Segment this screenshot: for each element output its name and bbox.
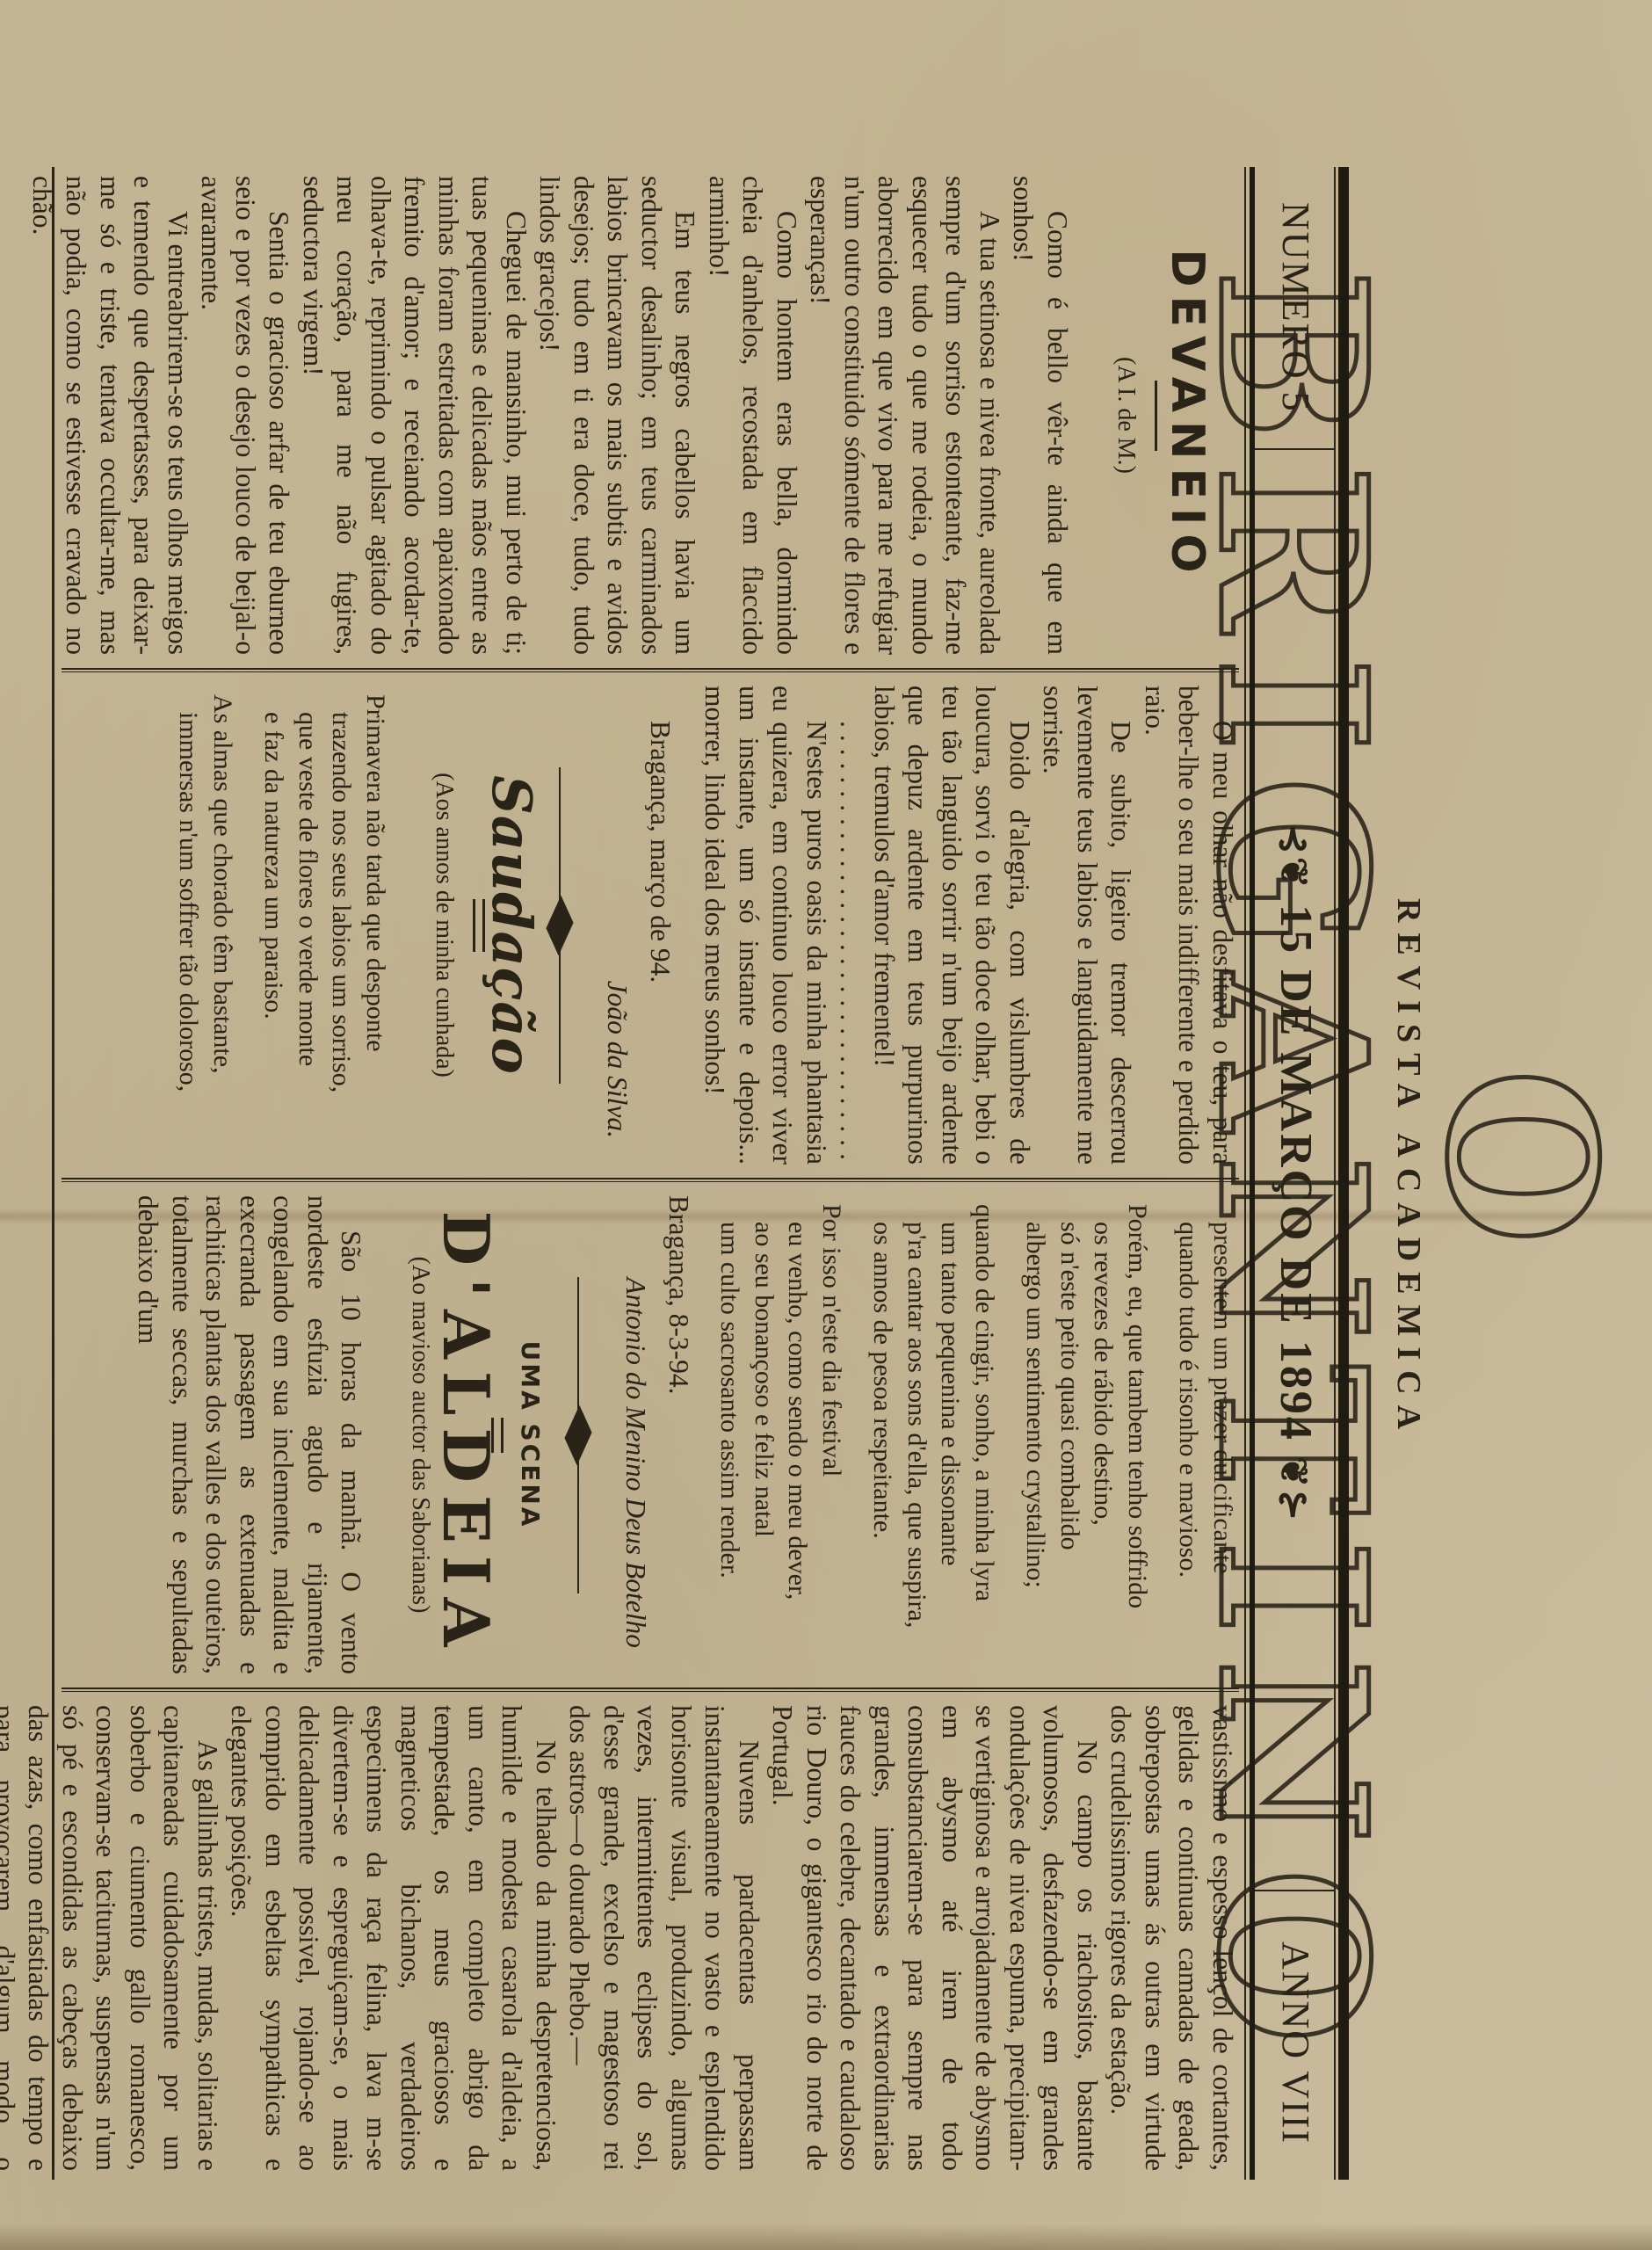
place-date: Bragança, 8-3-94. bbox=[662, 1195, 696, 1674]
paragraph: Vi entreabrirem-se os teus olhos meigos … bbox=[25, 176, 195, 655]
stanza: presentem um prazer dulcificante quando … bbox=[1171, 1195, 1239, 1674]
verse-line: os revezes de rábido destino, bbox=[1086, 1222, 1120, 1674]
paper-edge-stain bbox=[0, 2224, 1652, 2250]
dedication: (A I. de M.) bbox=[1109, 176, 1143, 655]
issue-date-text: 15 DE MARÇO DE 1894 bbox=[1271, 904, 1321, 1442]
paragraph: N'estes puros oasis da minha phantasia e… bbox=[698, 686, 833, 1165]
verse-line: p'ra cantar aos sons d'ella, que suspira… bbox=[900, 1222, 934, 1674]
verse-line: quando tudo é risonho e mavioso. bbox=[1171, 1222, 1206, 1674]
verse-line: e faz da natureza um paraiso. bbox=[257, 712, 291, 1165]
verse-line: Porém, eu, que tambem tenho soffrido bbox=[1120, 1204, 1155, 1674]
article-title-devaneio: DEVANEIO bbox=[1170, 176, 1205, 655]
paragraph: Sentia o gracioso arfar de teu eburneo s… bbox=[194, 176, 296, 655]
place-date: Bragança, março de 94. bbox=[643, 686, 677, 1165]
band-divider bbox=[1255, 1890, 1334, 1891]
verse-line: immersas n'um soffrer tão doloroso, bbox=[171, 712, 206, 1165]
verse-line: um tanto pequenina e dissonante bbox=[933, 1222, 967, 1674]
masthead: O BRIGANTINO REVISTA ACADEMICA bbox=[1344, 167, 1634, 2171]
bottom-rule bbox=[52, 167, 54, 2180]
paragraph: De subito, ligeiro tremor descerrou leve… bbox=[1036, 686, 1138, 1165]
verse-line: albergo um sentimento crystallino; bbox=[1018, 1222, 1053, 1674]
issue-date: ⊰❦ 15 DE MARÇO DE 1894 ❦⊱ bbox=[1270, 167, 1322, 2180]
stanza: As almas que chorado têm bastante, immer… bbox=[171, 686, 239, 1165]
stanza: Primavera não tarda que desponte trazend… bbox=[257, 686, 392, 1165]
column-divider bbox=[62, 1178, 1239, 1182]
verse-line: um culto sacrosanto assim render. bbox=[713, 1222, 747, 1674]
verse-line: Por isso n'este dia festival bbox=[815, 1204, 849, 1674]
article-columns: DEVANEIO (A I. de M.) Como é bello vêr-t… bbox=[62, 167, 1239, 2180]
paragraph: O meu olhar não desfitava o teu, para be… bbox=[1138, 686, 1240, 1165]
newspaper-page: O BRIGANTINO REVISTA ACADEMICA NUMERO 5 … bbox=[0, 0, 1652, 2250]
paragraph-continued: vastissimo e espesso lençol de cortantes… bbox=[1104, 1705, 1239, 2171]
paragraph: No campo os riachositos, bastante volumo… bbox=[765, 1705, 1104, 2171]
stanza: Porém, eu, que tambem tenho soffrido os … bbox=[1018, 1195, 1154, 1674]
verse-line: quando de cingir, sonho, a minha lyra bbox=[967, 1204, 1002, 1674]
paragraph: Como hontem eras bella, dormindo cheia d… bbox=[702, 176, 804, 655]
paragraph: Nuvens pardacentas perpassam instantanea… bbox=[562, 1705, 765, 2171]
verse-line: Primavera não tarda que desponte bbox=[359, 694, 393, 1165]
verse-line: ao seu bonançoso e feliz natal bbox=[747, 1222, 781, 1674]
verse-line: trazendo nos seus labios um sorriso, bbox=[324, 712, 359, 1165]
column-3: presentem um prazer dulcificante quando … bbox=[62, 1195, 1239, 1674]
year-volume: ANNO VIII bbox=[1273, 1942, 1318, 2145]
column-4: vastissimo e espesso lençol de cortantes… bbox=[62, 1705, 1239, 2171]
masthead-rule-thin bbox=[1334, 167, 1336, 2180]
paragraph: Cheguei de mansinho, mui perto de ti; tu… bbox=[296, 176, 533, 655]
paragraph: São 10 horas da manhã. O vento nordeste … bbox=[131, 1195, 368, 1674]
stanza: quando de cingir, sonho, a minha lyra um… bbox=[866, 1195, 1001, 1674]
verse-line: os annos de pesoa respeitante. bbox=[866, 1222, 900, 1674]
masthead-rule bbox=[1338, 167, 1349, 2180]
dedication: (Ao mavioso auctor das Saborianas) bbox=[403, 1195, 438, 1674]
title-rule bbox=[1156, 381, 1158, 451]
author-signature: Antonio do Menino Deus Botelho bbox=[619, 1195, 653, 1648]
ornamental-divider bbox=[568, 1277, 589, 1593]
dedication: (Aos annos de minha cunhada) bbox=[427, 686, 461, 1165]
article-title-scena: D'ALDEIA bbox=[449, 1195, 483, 1674]
ornament-right-icon: ❦⊱ bbox=[1272, 1456, 1313, 1523]
ornament-left-icon: ⊰❦ bbox=[1272, 824, 1313, 890]
band-rule bbox=[1250, 167, 1255, 2180]
verse-line: As almas que chorado têm bastante, bbox=[206, 694, 240, 1165]
verse-line: eu venho, como sendo o meu dever, bbox=[780, 1222, 815, 1674]
verse-line: que veste de flores o verde monte bbox=[291, 712, 325, 1165]
column-2: O meu olhar não desfitava o teu, para be… bbox=[62, 686, 1239, 1165]
paragraph: As gallinhas tristes, mudas, solitarias … bbox=[0, 1705, 224, 2171]
paragraph: A tua setinosa e nivea fronte, aureolada… bbox=[803, 176, 1006, 655]
paragraph: Doido d'alegria, com vislumbres de loucu… bbox=[867, 686, 1037, 1165]
article-title-saudacao: Saudação bbox=[495, 686, 529, 1165]
ornamental-divider bbox=[549, 767, 570, 1084]
paragraph: Em teus negros cabellos havia um seducto… bbox=[533, 176, 702, 655]
paragraph: No telhado da minha despretenciosa, humi… bbox=[224, 1705, 562, 2171]
verse-line: presentem um prazer dulcificante bbox=[1206, 1222, 1240, 1674]
ellipsis-row: ........................................ bbox=[833, 686, 867, 1165]
verse-line: só n'este peito quasi combalido bbox=[1053, 1222, 1087, 1674]
newspaper-subtitle: REVISTA ACADEMICA bbox=[1389, 167, 1428, 2171]
column-1: DEVANEIO (A I. de M.) Como é bello vêr-t… bbox=[62, 176, 1239, 655]
article-kicker: UMA SCENA bbox=[513, 1195, 547, 1674]
paragraph: Como é bello vêr-te ainda que em sonhos! bbox=[1006, 176, 1074, 655]
author-signature: João da Silva. bbox=[600, 686, 634, 1138]
stanza: Por isso n'este dia festival eu venho, c… bbox=[713, 1195, 848, 1674]
column-divider bbox=[62, 1687, 1239, 1692]
issue-band: NUMERO 5 ⊰❦ 15 DE MARÇO DE 1894 ❦⊱ ANNO … bbox=[1255, 167, 1334, 2180]
band-rule-thin bbox=[1244, 167, 1246, 2180]
column-divider bbox=[62, 668, 1239, 672]
